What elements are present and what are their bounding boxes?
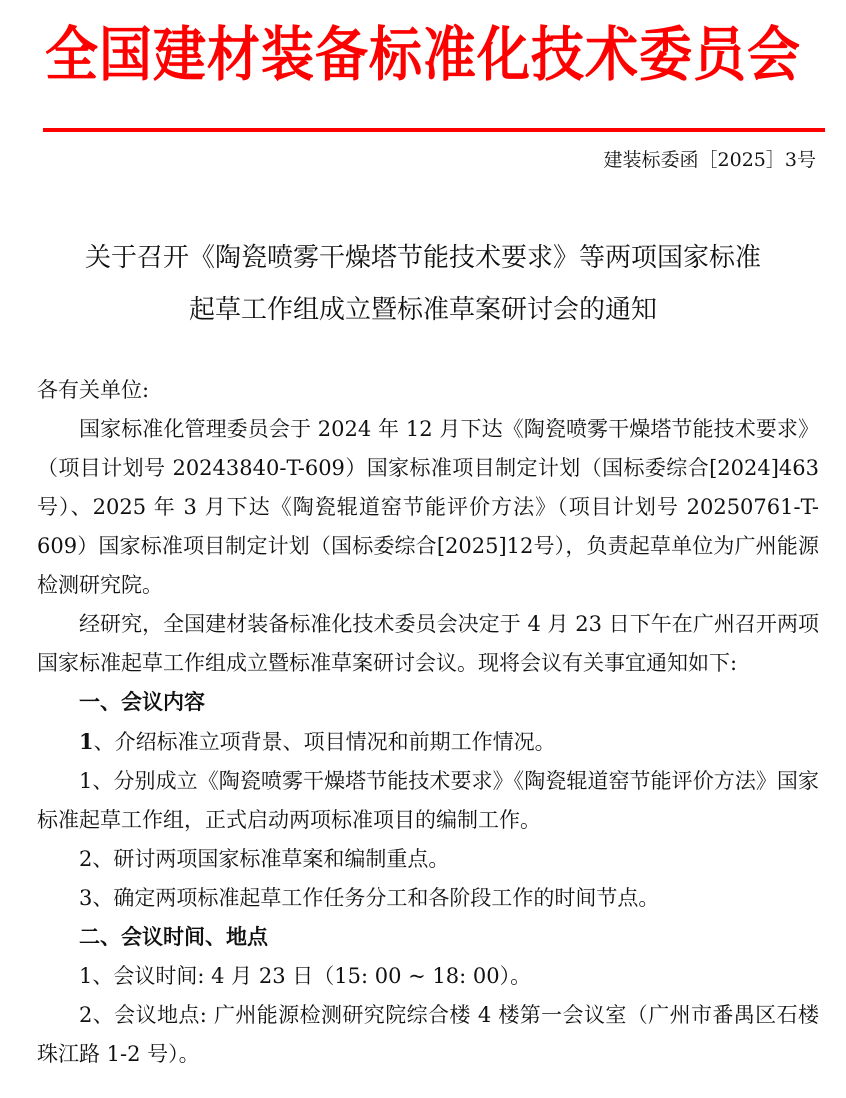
list-item-text: 、会议时间: 4 月 23 日（15: 00 ~ 18: 00）。	[92, 964, 531, 988]
document-title: 关于召开《陶瓷喷雾干燥塔节能技术要求》等两项国家标准 起草工作组成立暨标准草案研…	[0, 232, 846, 336]
list-item: 1、会议时间: 4 月 23 日（15: 00 ~ 18: 00）。	[37, 957, 819, 996]
section-heading-meeting-content: 一、会议内容	[37, 683, 819, 722]
list-item-text: 、研讨两项国家标准草案和编制重点。	[92, 847, 449, 871]
list-item-text: 、介绍标准立项背景、项目情况和前期工作情况。	[94, 730, 556, 754]
paragraph-background: 国家标准化管理委员会于 2024 年 12 月下达《陶瓷喷雾干燥塔节能技术要求》…	[37, 410, 819, 605]
list-item-number: 2	[79, 1003, 92, 1027]
list-item: 3、确定两项标准起草工作任务分工和各阶段工作的时间节点。	[37, 879, 819, 918]
list-item-text: 、会议地点: 广州能源检测研究院综合楼 4 楼第一会议室（广州市番禺区石楼珠江路…	[37, 1003, 819, 1066]
list-item-text: 、确定两项标准起草工作任务分工和各阶段工作的时间节点。	[92, 886, 659, 910]
list-item-number: 1	[79, 769, 92, 793]
letterhead-organization: 全国建材装备标准化技术委员会	[0, 18, 846, 92]
red-divider-rule	[43, 128, 825, 132]
section-heading-time-location: 二、会议时间、地点	[37, 918, 819, 957]
list-item-number: 1	[79, 964, 92, 988]
document-body: 各有关单位: 国家标准化管理委员会于 2024 年 12 月下达《陶瓷喷雾干燥塔…	[37, 371, 819, 1074]
list-item: 1、分别成立《陶瓷喷雾干燥塔节能技术要求》《陶瓷辊道窑节能评价方法》国家标准起草…	[37, 762, 819, 840]
document-title-line-1: 关于召开《陶瓷喷雾干燥塔节能技术要求》等两项国家标准	[0, 232, 846, 284]
list-item-text: 、分别成立《陶瓷喷雾干燥塔节能技术要求》《陶瓷辊道窑节能评价方法》国家标准起草工…	[37, 769, 819, 832]
document-number: 建装标委函［2025］3号	[604, 146, 816, 174]
list-item: 2、会议地点: 广州能源检测研究院综合楼 4 楼第一会议室（广州市番禺区石楼珠江…	[37, 996, 819, 1074]
list-item-number: 1	[79, 729, 94, 754]
list-item: 2、研讨两项国家标准草案和编制重点。	[37, 840, 819, 879]
salutation: 各有关单位:	[37, 371, 819, 410]
document-title-line-2: 起草工作组成立暨标准草案研讨会的通知	[0, 284, 846, 336]
list-item-number: 2	[79, 847, 92, 871]
list-item: 1、介绍标准立项背景、项目情况和前期工作情况。	[37, 722, 819, 762]
paragraph-decision: 经研究，全国建材装备标准化技术委员会决定于 4 月 23 日下午在广州召开两项国…	[37, 605, 819, 683]
list-item-number: 3	[79, 886, 92, 910]
